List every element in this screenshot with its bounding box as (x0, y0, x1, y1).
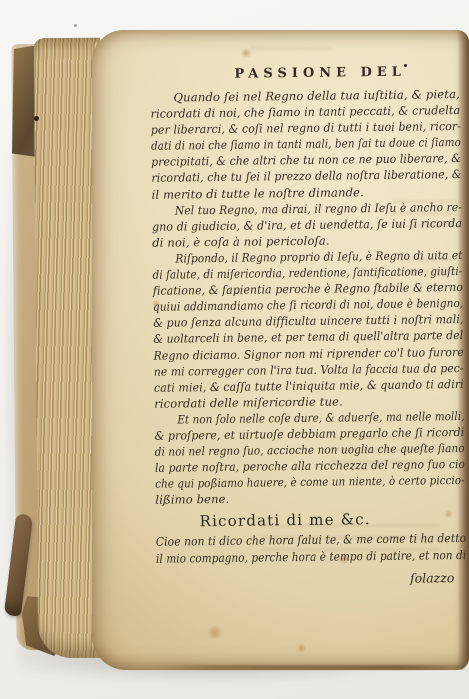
catchword-row: ſolazzo (156, 567, 466, 590)
paragraph: Quando ſei nel Regno della tua iuſtitia,… (150, 86, 461, 202)
paragraph: Et non ſolo nelle coſe dure, & aduerſe, … (154, 408, 465, 508)
running-header: PASSIONE DEL (150, 64, 460, 83)
page-text: PASSIONE DEL Quando ſei nel Regno della … (150, 60, 466, 589)
closing-text: Cioe non ti dico che hora ſalui te, & me… (156, 530, 466, 567)
paragraph: Cioe non ti dico che hora ſalui te, & me… (156, 530, 466, 567)
text-line: lißimo bene. (155, 488, 465, 508)
text-line: il mio compagno, perche hora è tempo di … (156, 547, 466, 567)
section-heading: Ricordati di me &c. (156, 509, 466, 531)
ink-speck (74, 24, 77, 27)
body-text: Quando ſei nel Regno della tua iuſtitia,… (150, 86, 465, 508)
paragraph: Riſpondo, il Regno proprio di Ieſu, è Re… (152, 247, 464, 412)
paragraph: Nel tuo Regno, ma dirai, il regno di Ieſ… (152, 199, 463, 251)
page-bottom-edge (152, 665, 465, 670)
catchword: ſolazzo (410, 570, 454, 586)
photo-backdrop: PASSIONE DEL Quando ſei nel Regno della … (0, 0, 469, 699)
